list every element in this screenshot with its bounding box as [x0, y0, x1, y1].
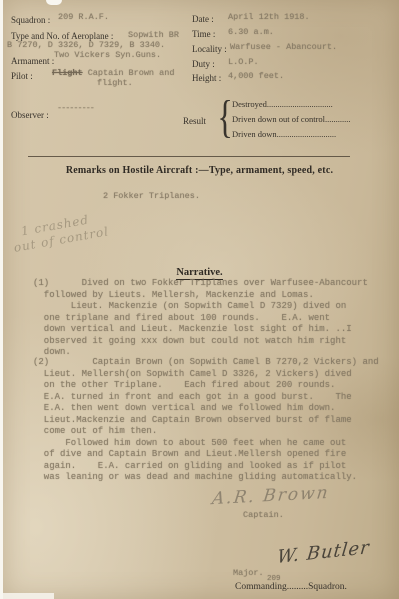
squadron-label: Squadron : — [11, 15, 50, 25]
duty-value: L.O.P. — [228, 57, 259, 67]
narrative-line: Lieut. Mackenzie (on Sopwith Camel D 732… — [33, 301, 368, 313]
height-value: 4,000 feet. — [228, 71, 284, 81]
narrative-paragraph-1: (1) Dived on two Fokker Triplanes over W… — [33, 278, 368, 359]
combat-report-scan: Squadron : 209 R.A.F. Type and No. of Ae… — [0, 0, 399, 599]
squadron-value: 209 R.A.F. — [58, 12, 109, 22]
locality-value: Warfusee - Abancourt. — [230, 42, 337, 52]
commanding-officer-rank: Major. — [233, 568, 264, 578]
armament-value: Two Vickers Syn.Guns. — [54, 50, 161, 60]
narrative-line: again. E.A. carried on gliding and looke… — [33, 461, 379, 473]
result-option: Destroyed............................... — [232, 97, 351, 112]
aeroplane-serials-value: B 7270, D 3326, D 7329, B 3340. — [7, 40, 165, 50]
pilot-label: Pilot : — [11, 71, 33, 81]
pilot-rank: Captain. — [243, 510, 284, 520]
narrative-line: observed it going xxx down but could not… — [33, 336, 368, 348]
result-label: Result — [183, 116, 206, 126]
narrative-line: Lieut.Mackenzie and Captain Brown observ… — [33, 415, 379, 427]
narrative-line: followed by Lieuts. Mellersh, Mackenzie … — [33, 290, 368, 302]
paper-edge-speck — [46, 0, 62, 5]
narrative-paragraph-2: (2) Captain Brown (on Sopwith Camel B 72… — [33, 357, 379, 484]
pilot-struck-word: Flight — [52, 68, 83, 78]
section-divider — [28, 156, 350, 157]
narrative-line: was leaning or was dead and machine glid… — [33, 472, 379, 484]
narrative-line: (2) Captain Brown (on Sopwith Camel B 72… — [33, 357, 379, 369]
height-label: Height : — [192, 73, 221, 83]
result-option: Driven down out of control............ — [232, 112, 351, 127]
commanding-line: Commanding.........Squadron. — [235, 582, 347, 592]
date-label: Date : — [192, 14, 214, 24]
duty-label: Duty : — [192, 59, 215, 69]
remarks-heading: Remarks on Hostile Aircraft :—Type, arma… — [0, 165, 399, 176]
narrative-line: (1) Dived on two Fokker Triplanes over W… — [33, 278, 368, 290]
remarks-typed-entry: 2 Fokker Triplanes. — [103, 191, 200, 201]
date-value: April 12th 1918. — [228, 12, 310, 22]
result-brace: { — [217, 94, 232, 140]
narrative-line: one triplane and fired about 100 rounds.… — [33, 313, 368, 325]
narrative-line: come out of him then. — [33, 426, 379, 438]
armament-label: Armament : — [11, 56, 54, 66]
pilot-value: Flight Captain Brown and — [52, 68, 174, 78]
aeroplane-type-value: Sopwith BR — [128, 30, 179, 40]
narrative-line: on the other Triplane. Each fired about … — [33, 380, 379, 392]
narrative-line: Lieut. Mellersh(on Sopwith Camel D 3326,… — [33, 369, 379, 381]
observer-label: Observer : — [11, 110, 49, 120]
narrative-line: E.A. then went down vertical and we foll… — [33, 403, 379, 415]
pilot-value-rest: Captain Brown and — [83, 68, 175, 78]
narrative-line: down vertical and Lieut. Mackenzie lost … — [33, 324, 368, 336]
paper-edge-speck — [0, 593, 54, 599]
narrative-line: E.A. turned in front and each got in a g… — [33, 392, 379, 404]
narrative-line: of dive and Captain Brown and Lieut.Mell… — [33, 449, 379, 461]
result-options: Destroyed...............................… — [232, 97, 351, 142]
result-option: Driven down............................ — [232, 127, 351, 142]
time-value: 6.30 a.m. — [228, 27, 274, 37]
pilot-value-line2: flight. — [97, 78, 133, 88]
narrative-line: Followed him down to about 500 feet when… — [33, 438, 379, 450]
time-label: Time : — [192, 29, 215, 39]
observer-value: --------- — [57, 103, 94, 113]
locality-label: Locality : — [192, 44, 227, 54]
